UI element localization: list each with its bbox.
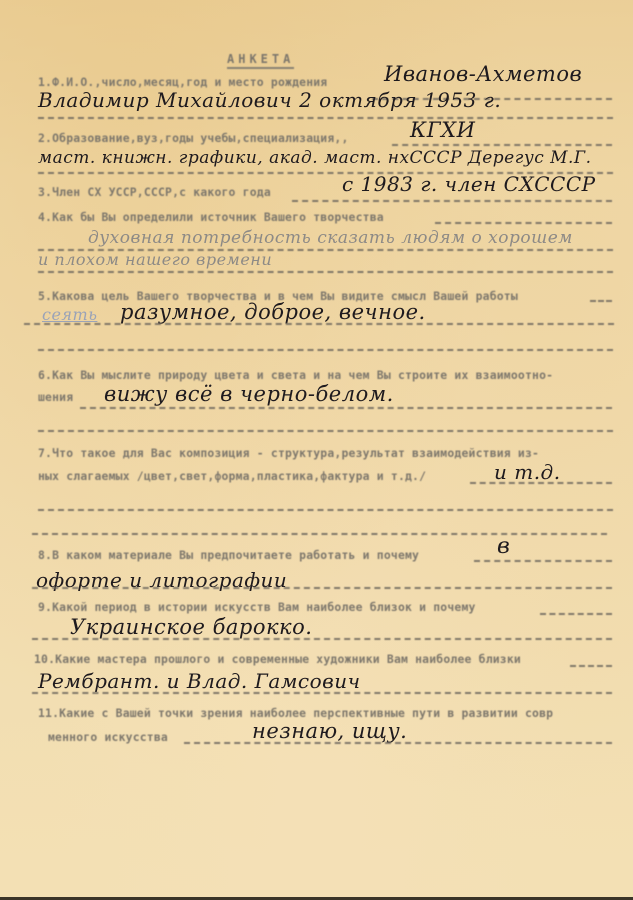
question-1-prompt: 1.Ф.И.О.,число,месяц,год и место рождени… (38, 75, 327, 89)
question-4-prompt: 4.Как бы Вы определили источник Вашего т… (38, 210, 384, 224)
question-1-answer-surname: Иванов-Ахметов (384, 62, 582, 86)
question-5-answer: разумное, доброе, вечное. (120, 300, 426, 324)
answer-line (392, 144, 612, 146)
document-title: АНКЕТА (227, 52, 294, 69)
question-7-prompt: 7.Что такое для Вас композиция - структу… (38, 446, 539, 460)
answer-line (38, 430, 613, 432)
question-2-answer-institute: КГХИ (410, 118, 475, 142)
question-6-answer: вижу всё в черно-белом. (104, 382, 394, 406)
answer-line (590, 300, 612, 302)
question-6-prompt-continued: шения (38, 390, 73, 404)
answer-line (32, 692, 612, 694)
answer-line (32, 533, 607, 535)
answer-line (38, 349, 613, 351)
question-1-answer-name-date: Владимир Михайлович 2 октября 1953 г. (38, 88, 501, 112)
answer-line (32, 587, 612, 589)
question-7-prompt-continued: ных слагаемых /цвет,свет,форма,пластика,… (38, 469, 426, 483)
question-11-answer: незнаю, ищу. (252, 719, 407, 743)
answer-line (38, 271, 613, 273)
question-2-prompt: 2.Образование,вуз,годы учебы,специализац… (38, 131, 349, 145)
answer-line (80, 407, 612, 409)
answer-line (474, 560, 612, 562)
question-5-answer-verb: сеять (42, 305, 97, 324)
answer-line (24, 323, 614, 325)
question-3-prompt: 3.Член СХ УССР,СССР,с какого года (38, 185, 271, 199)
answer-line (570, 665, 612, 667)
question-11-prompt: 11.Какие с Вашей точки зрения наиболее п… (38, 706, 553, 720)
question-3-answer: с 1983 г. член СХСССР (342, 172, 596, 196)
answer-line (38, 509, 613, 511)
answer-line (292, 200, 612, 202)
question-4-answer-line-1: духовная потребность сказать людям о хор… (88, 228, 573, 248)
question-7-answer: и т.д. (494, 460, 561, 484)
answer-line (184, 742, 612, 744)
question-10-answer: Рембрант. и Влад. Гамсович (38, 669, 361, 693)
answer-line (470, 482, 612, 484)
answer-line (32, 638, 612, 640)
question-9-prompt: 9.Какой период в истории искусств Вам на… (38, 600, 476, 614)
question-10-prompt: 10.Какие мастера прошлого и современные … (34, 652, 521, 666)
question-6-prompt: 6.Как Вы мыслите природу цвета и света и… (38, 368, 553, 382)
question-2-answer-specialization: маст. книжн. графики, акад. маст. нхСССР… (38, 148, 592, 168)
question-4-answer-line-2: и плохом нашего времени (38, 250, 272, 269)
questionnaire-page: АНКЕТА 1.Ф.И.О.,число,месяц,год и место … (0, 0, 633, 900)
question-8-prompt: 8.В каком материале Вы предпочитаете раб… (38, 548, 419, 562)
question-9-answer: Украинское барокко. (70, 615, 312, 639)
question-11-prompt-continued: менного искусства (48, 730, 168, 744)
answer-line (540, 613, 612, 615)
question-8-answer-preposition: в (497, 534, 510, 559)
answer-line (435, 222, 612, 224)
answer-line (38, 117, 613, 119)
